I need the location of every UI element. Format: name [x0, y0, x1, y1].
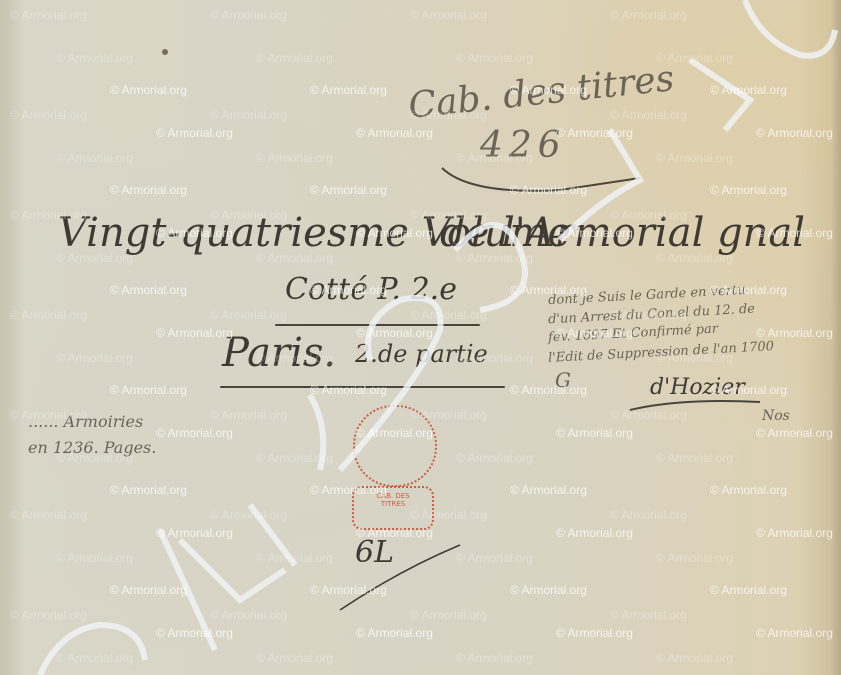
watermark: © Armorial.org — [256, 151, 333, 165]
watermark: © Armorial.org — [10, 608, 87, 622]
watermark: © Armorial.org — [356, 226, 433, 240]
watermark: © Armorial.org — [556, 526, 633, 540]
watermark: © Armorial.org — [356, 326, 433, 340]
watermark: © Armorial.org — [110, 283, 187, 297]
watermark: © Armorial.org — [610, 208, 687, 222]
watermark: © Armorial.org — [556, 326, 633, 340]
watermark: © Armorial.org — [510, 583, 587, 597]
watermark: © Armorial.org — [610, 108, 687, 122]
watermark: © Armorial.org — [256, 651, 333, 665]
watermark: © Armorial.org — [456, 451, 533, 465]
watermark: © Armorial.org — [210, 8, 287, 22]
watermark: © Armorial.org — [10, 308, 87, 322]
watermark: © Armorial.org — [310, 83, 387, 97]
watermark: © Armorial.org — [56, 51, 133, 65]
watermark: © Armorial.org — [410, 8, 487, 22]
watermark: © Armorial.org — [56, 151, 133, 165]
watermark: © Armorial.org — [556, 626, 633, 640]
watermark: © Armorial.org — [410, 208, 487, 222]
watermark: © Armorial.org — [556, 126, 633, 140]
watermark: © Armorial.org — [156, 226, 233, 240]
watermark: © Armorial.org — [210, 408, 287, 422]
manuscript-page: Cab. des titres 426 Vingt-quatriesme Vol… — [0, 0, 841, 675]
watermark: © Armorial.org — [756, 226, 833, 240]
watermark: © Armorial.org — [256, 451, 333, 465]
watermark: © Armorial.org — [410, 308, 487, 322]
watermark: © Armorial.org — [656, 251, 733, 265]
watermark: © Armorial.org — [610, 608, 687, 622]
watermark: © Armorial.org — [356, 126, 433, 140]
watermark: © Armorial.org — [356, 626, 433, 640]
watermark: © Armorial.org — [110, 83, 187, 97]
watermark: © Armorial.org — [210, 608, 287, 622]
watermark: © Armorial.org — [10, 8, 87, 22]
watermark: © Armorial.org — [110, 183, 187, 197]
watermark: © Armorial.org — [610, 308, 687, 322]
watermark: © Armorial.org — [56, 651, 133, 665]
watermark: © Armorial.org — [256, 51, 333, 65]
watermark: © Armorial.org — [10, 108, 87, 122]
watermark: © Armorial.org — [456, 551, 533, 565]
watermark: © Armorial.org — [710, 383, 787, 397]
watermark: © Armorial.org — [510, 283, 587, 297]
watermark: © Armorial.org — [610, 8, 687, 22]
watermark: © Armorial.org — [56, 251, 133, 265]
watermark: © Armorial.org — [310, 583, 387, 597]
watermark: © Armorial.org — [756, 626, 833, 640]
watermark: © Armorial.org — [410, 608, 487, 622]
watermark: © Armorial.org — [556, 426, 633, 440]
watermark: © Armorial.org — [310, 383, 387, 397]
watermark: © Armorial.org — [510, 183, 587, 197]
watermark: © Armorial.org — [656, 151, 733, 165]
watermark: © Armorial.org — [456, 151, 533, 165]
watermark: © Armorial.org — [56, 451, 133, 465]
watermark: © Armorial.org — [756, 126, 833, 140]
watermark: © Armorial.org — [656, 651, 733, 665]
watermark: © Armorial.org — [256, 251, 333, 265]
watermark: © Armorial.org — [410, 408, 487, 422]
watermark: © Armorial.org — [110, 483, 187, 497]
watermark: © Armorial.org — [356, 526, 433, 540]
watermark: © Armorial.org — [10, 508, 87, 522]
watermark: © Armorial.org — [710, 483, 787, 497]
watermark: © Armorial.org — [156, 426, 233, 440]
watermark: © Armorial.org — [210, 208, 287, 222]
watermark: © Armorial.org — [156, 526, 233, 540]
watermark: © Armorial.org — [510, 83, 587, 97]
watermark: © Armorial.org — [756, 426, 833, 440]
watermark: © Armorial.org — [10, 408, 87, 422]
watermark: © Armorial.org — [110, 383, 187, 397]
watermark: © Armorial.org — [456, 351, 533, 365]
watermark: © Armorial.org — [210, 108, 287, 122]
watermark: © Armorial.org — [656, 51, 733, 65]
watermark: © Armorial.org — [710, 283, 787, 297]
watermark: © Armorial.org — [310, 183, 387, 197]
watermark: © Armorial.org — [410, 508, 487, 522]
watermark: © Armorial.org — [256, 551, 333, 565]
watermark: © Armorial.org — [710, 83, 787, 97]
watermark: © Armorial.org — [656, 551, 733, 565]
watermark: © Armorial.org — [110, 583, 187, 597]
watermark: © Armorial.org — [56, 551, 133, 565]
watermark: © Armorial.org — [610, 508, 687, 522]
watermark: © Armorial.org — [456, 51, 533, 65]
watermark: © Armorial.org — [710, 583, 787, 597]
watermark: © Armorial.org — [656, 451, 733, 465]
watermark: © Armorial.org — [510, 383, 587, 397]
watermark: © Armorial.org — [310, 483, 387, 497]
watermark: © Armorial.org — [156, 126, 233, 140]
watermark: © Armorial.org — [610, 408, 687, 422]
watermark: © Armorial.org — [310, 283, 387, 297]
watermark: © Armorial.org — [210, 508, 287, 522]
watermark: © Armorial.org — [756, 326, 833, 340]
watermark: © Armorial.org — [556, 226, 633, 240]
watermark: © Armorial.org — [710, 183, 787, 197]
watermark: © Armorial.org — [456, 251, 533, 265]
watermark: © Armorial.org — [356, 426, 433, 440]
watermark: © Armorial.org — [256, 351, 333, 365]
watermark: © Armorial.org — [10, 208, 87, 222]
watermark: © Armorial.org — [410, 108, 487, 122]
watermark: © Armorial.org — [56, 351, 133, 365]
watermark: © Armorial.org — [510, 483, 587, 497]
watermark: © Armorial.org — [156, 626, 233, 640]
watermark: © Armorial.org — [656, 351, 733, 365]
watermark: © Armorial.org — [456, 651, 533, 665]
watermark: © Armorial.org — [210, 308, 287, 322]
watermark: © Armorial.org — [756, 526, 833, 540]
watermark: © Armorial.org — [156, 326, 233, 340]
